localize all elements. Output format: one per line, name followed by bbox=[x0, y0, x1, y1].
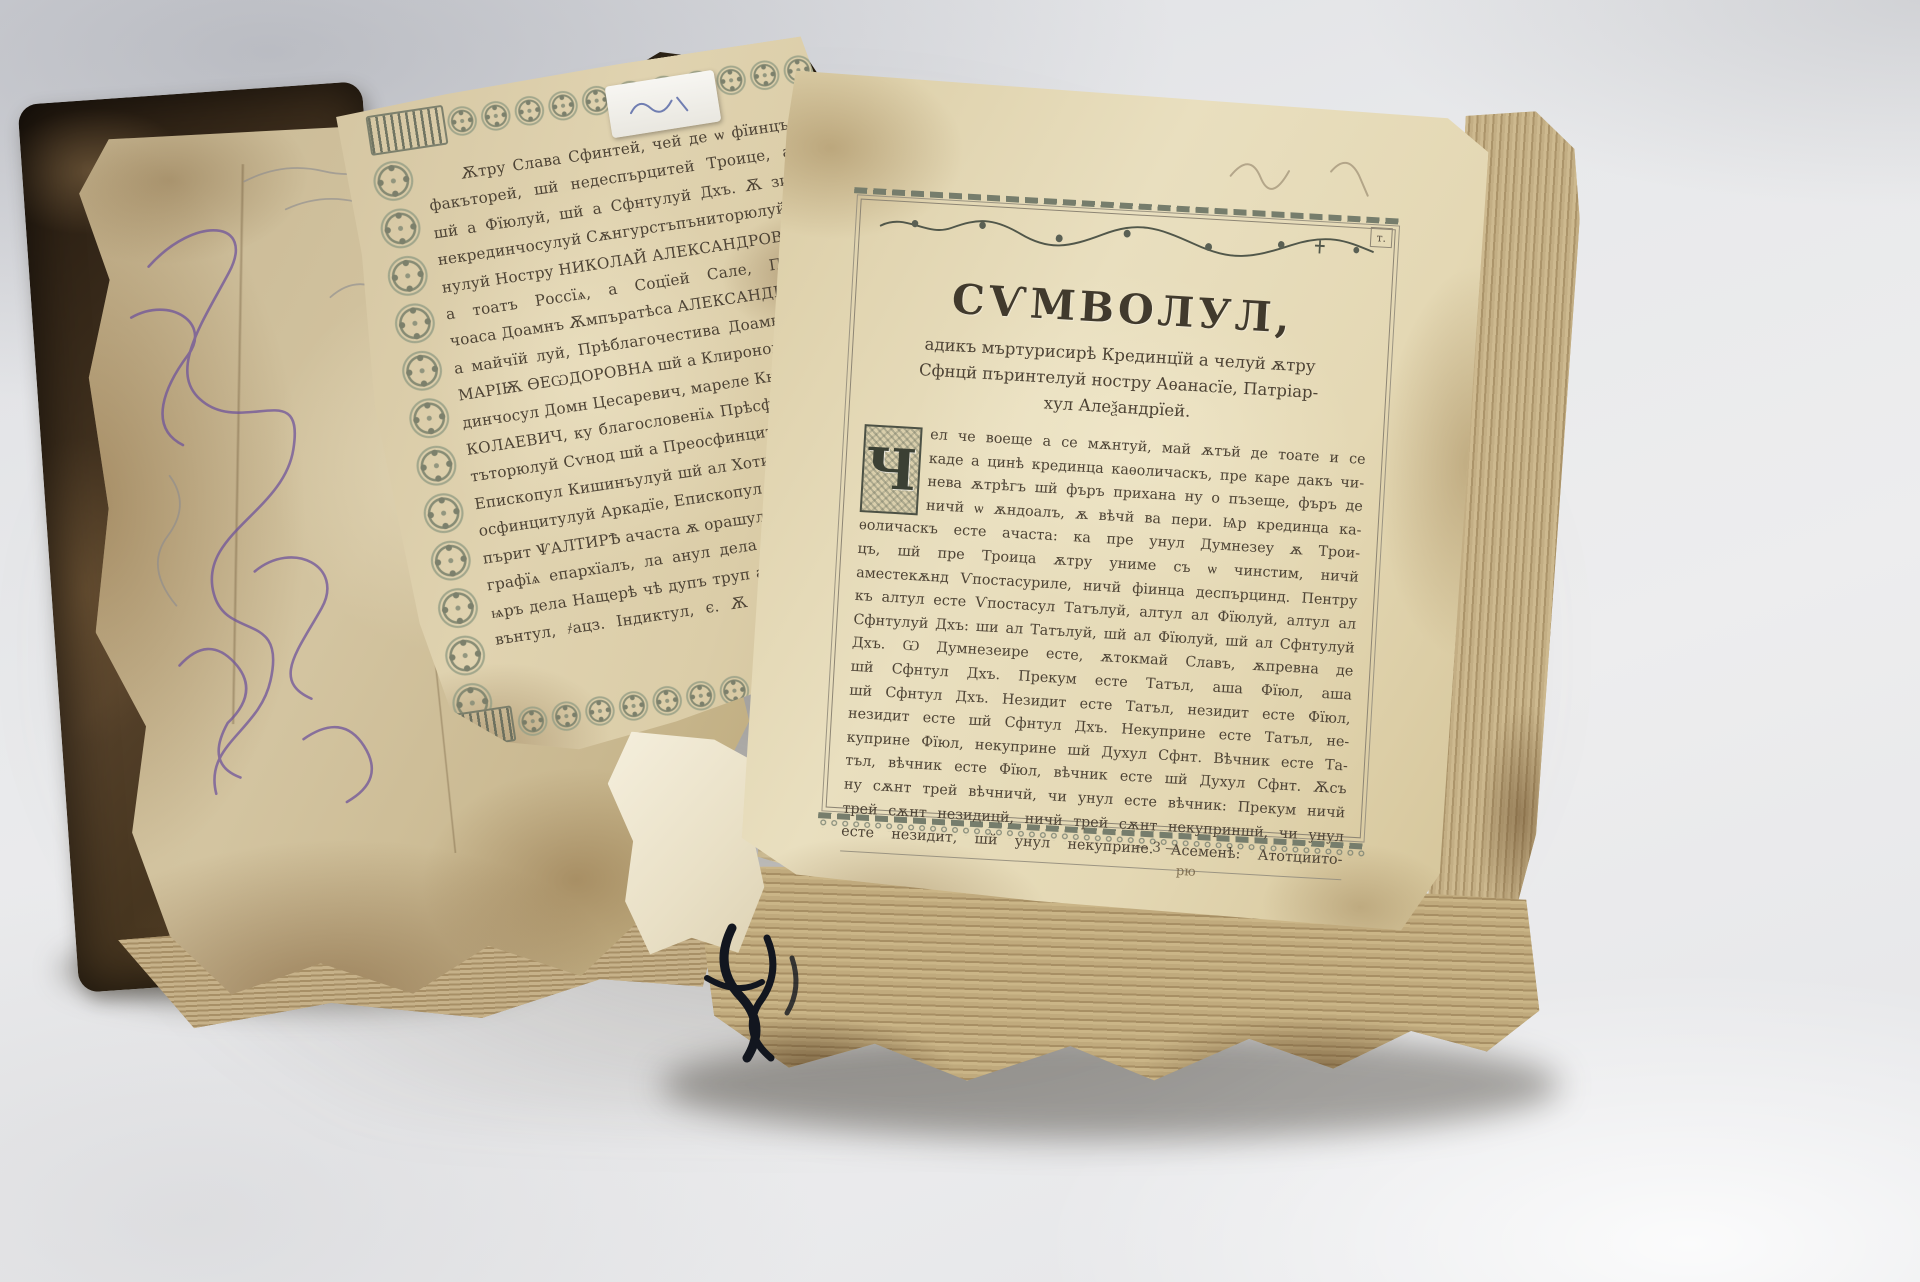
catchword: рю bbox=[1176, 864, 1196, 880]
decorative-initial: Ч bbox=[860, 424, 923, 515]
right-page: т. СѴМВОЛУЛ, адикъ мъртурисирѣ Крединцїй… bbox=[738, 70, 1491, 945]
ornament-corner-comb bbox=[365, 105, 448, 156]
corner-signature-mark: т. bbox=[1370, 227, 1393, 248]
page-frame: т. СѴМВОЛУЛ, адикъ мъртурисирѣ Крединцїй… bbox=[826, 199, 1396, 839]
photo-old-book-scene: Ѫтру Слава Сфинтей, чей де ѡ фїинцъ, деф… bbox=[0, 0, 1920, 1282]
chapter-subtitle: адикъ мъртурисирѣ Крединцїй а челуй ѫтру… bbox=[866, 328, 1372, 435]
binding-threads bbox=[672, 918, 862, 1068]
pencil-scrawl bbox=[1209, 135, 1433, 218]
body-text: ел че воеще а се мѫнтуй, май ѫтъй де тоа… bbox=[841, 420, 1367, 873]
page-number: — 3 — bbox=[1134, 838, 1179, 857]
body-block: Ч ел че воеще а се мѫнтуй, май ѫтъй де т… bbox=[841, 420, 1367, 873]
